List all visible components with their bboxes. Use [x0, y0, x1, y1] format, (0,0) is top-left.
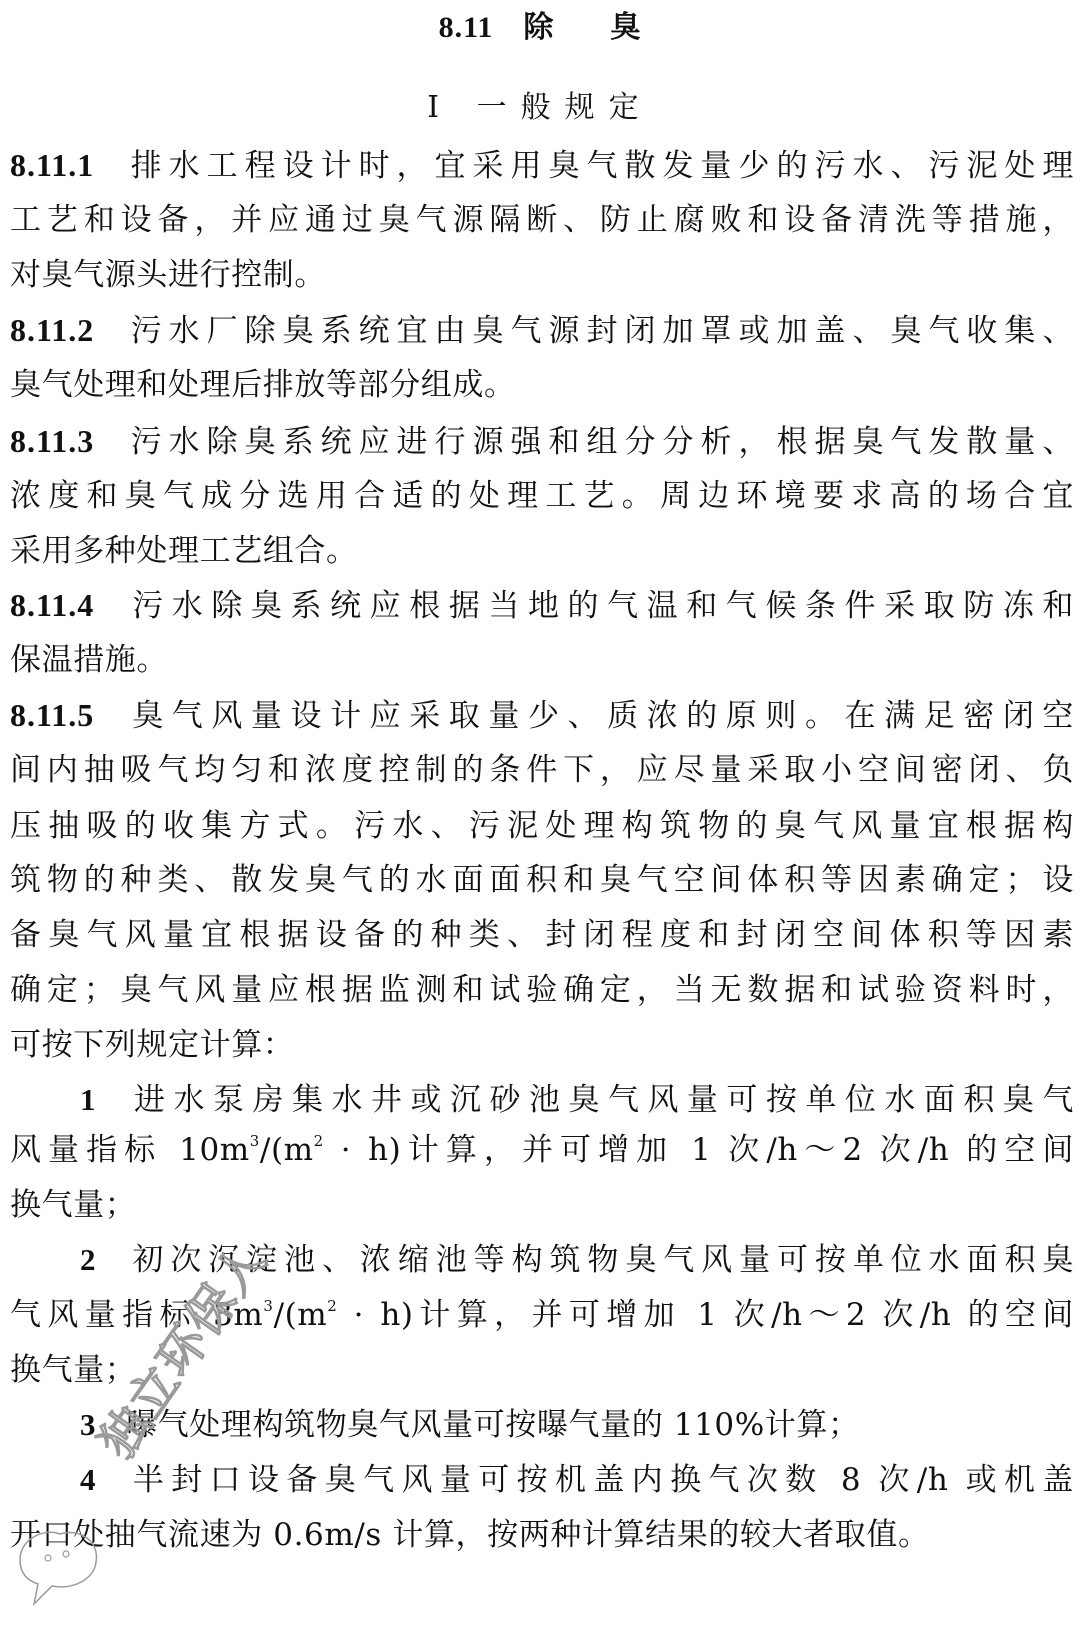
clause-text-line: 间内抽吸气均匀和浓度控制的条件下，应尽量采取小空间密闭、负 — [10, 748, 1074, 792]
clause-text-line: 压抽吸的收集方式。污水、污泥处理构筑物的臭气风量宜根据构 — [10, 804, 1074, 848]
clause-8-11-4: 8.11.4污水除臭系统应根据当地的气温和气候条件采取防冻和 — [10, 583, 1074, 628]
list-item-4: 4半封口设备臭气风量可按机盖内换气次数 8 次/h 或机盖 — [10, 1458, 1074, 1502]
item-text-line: 开口处抽气流速为 0.6m/s 计算，按两种计算结果的较大者取值。 — [10, 1513, 1074, 1557]
clause-number: 8.11.4 — [10, 587, 94, 623]
list-item-3: 3曝气处理构筑物臭气风量可按曝气量的 110%计算； — [10, 1403, 1074, 1447]
clause-text-line: 浓度和臭气成分选用合适的处理工艺。周边环境要求高的场合宜 — [10, 474, 1074, 518]
item-text-line: 风量指标 10m3/(m2 · h)计算，并可增加 1 次/h～2 次/h 的空… — [10, 1128, 1074, 1172]
section-title-char: 臭 — [610, 10, 641, 45]
clause-text: 污水除臭系统应进行源强和组分分析，根据臭气发散量、 — [124, 424, 1074, 460]
clause-8-11-1: 8.11.1排水工程设计时，宜采用臭气散发量少的污水、污泥处理 — [10, 143, 1074, 188]
formula-text: /(m — [260, 1132, 314, 1168]
item-text: 半封口设备臭气风量可按机盖内换气次数 8 次/h 或机盖 — [126, 1462, 1074, 1498]
section-title: 8.11除臭 — [0, 6, 1080, 50]
clause-text-line: 确定；臭气风量应根据监测和试验确定，当无数据和试验资料时， — [10, 968, 1074, 1012]
superscript: 2 — [327, 1297, 337, 1315]
item-text: 初次沉淀池、浓缩池等构筑物臭气风量可按单位水面积臭 — [126, 1242, 1074, 1278]
clause-text-line: 臭气处理和处理后排放等部分组成。 — [10, 363, 1074, 407]
clause-text-line: 筑物的种类、散发臭气的水面面积和臭气空间体积等因素确定；设 — [10, 858, 1074, 902]
clause-text-line: 备臭气风量宜根据设备的种类、封闭程度和封闭空间体积等因素 — [10, 913, 1074, 957]
clause-text: 臭气风量设计应采取量少、质浓的原则。在满足密闭空 — [124, 698, 1074, 734]
clause-text: 污水厂除臭系统宜由臭气源封闭加罩或加盖、臭气收集、 — [124, 313, 1074, 349]
document-page: 8.11除臭 Ⅰ 一般规定 8.11.1排水工程设计时，宜采用臭气散发量少的污水… — [0, 0, 1080, 1626]
clause-text: 排水工程设计时，宜采用臭气散发量少的污水、污泥处理 — [124, 148, 1074, 184]
item-number: 1 — [80, 1082, 96, 1117]
superscript: 2 — [314, 1132, 324, 1150]
item-text-line: 气风量指标 3m3/(m2 · h)计算，并可增加 1 次/h～2 次/h 的空… — [10, 1293, 1074, 1337]
section-number: 8.11 — [439, 11, 494, 44]
clause-8-11-3: 8.11.3污水除臭系统应进行源强和组分分析，根据臭气发散量、 — [10, 419, 1074, 464]
clause-number: 8.11.1 — [10, 147, 94, 183]
item-number: 4 — [80, 1462, 96, 1497]
clause-number: 8.11.3 — [10, 423, 94, 459]
item-text: 曝气处理构筑物臭气风量可按曝气量的 110%计算； — [126, 1407, 859, 1443]
list-item-1: 1进水泵房集水井或沉砂池臭气风量可按单位水面积臭气 — [10, 1078, 1074, 1122]
item-number: 3 — [80, 1407, 96, 1442]
clause-text-line: 保温措施。 — [10, 638, 1074, 682]
clause-number: 8.11.5 — [10, 697, 94, 733]
clause-text: 污水除臭系统应根据当地的气温和气候条件采取防冻和 — [124, 588, 1074, 624]
formula-text: 气风量指标 3m — [10, 1297, 263, 1333]
section-title-char: 除 — [523, 10, 554, 45]
superscript: 3 — [263, 1297, 273, 1315]
clause-8-11-5: 8.11.5臭气风量设计应采取量少、质浓的原则。在满足密闭空 — [10, 693, 1074, 738]
clause-number: 8.11.2 — [10, 312, 94, 348]
list-item-2: 2初次沉淀池、浓缩池等构筑物臭气风量可按单位水面积臭 — [10, 1238, 1074, 1282]
clause-text-line: 可按下列规定计算： — [10, 1023, 1074, 1067]
clause-text-line: 采用多种处理工艺组合。 — [10, 529, 1074, 573]
formula-text: · h)计算，并可增加 1 次/h～2 次/h 的空间 — [337, 1297, 1074, 1333]
subsection-title: Ⅰ 一般规定 — [0, 86, 1080, 130]
superscript: 3 — [250, 1132, 260, 1150]
clause-text-line: 工艺和设备，并应通过臭气源隔断、防止腐败和设备清洗等措施， — [10, 198, 1074, 242]
item-text-line: 换气量； — [10, 1183, 1074, 1227]
item-text: 进水泵房集水井或沉砂池臭气风量可按单位水面积臭气 — [126, 1082, 1074, 1118]
formula-text: · h)计算，并可增加 1 次/h～2 次/h 的空间 — [324, 1132, 1074, 1168]
item-text-line: 换气量； — [10, 1348, 1074, 1392]
clause-text-line: 对臭气源头进行控制。 — [10, 253, 1074, 297]
item-number: 2 — [80, 1242, 96, 1277]
formula-text: /(m — [274, 1297, 328, 1333]
clause-8-11-2: 8.11.2污水厂除臭系统宜由臭气源封闭加罩或加盖、臭气收集、 — [10, 308, 1074, 353]
formula-text: 风量指标 10m — [10, 1132, 250, 1168]
